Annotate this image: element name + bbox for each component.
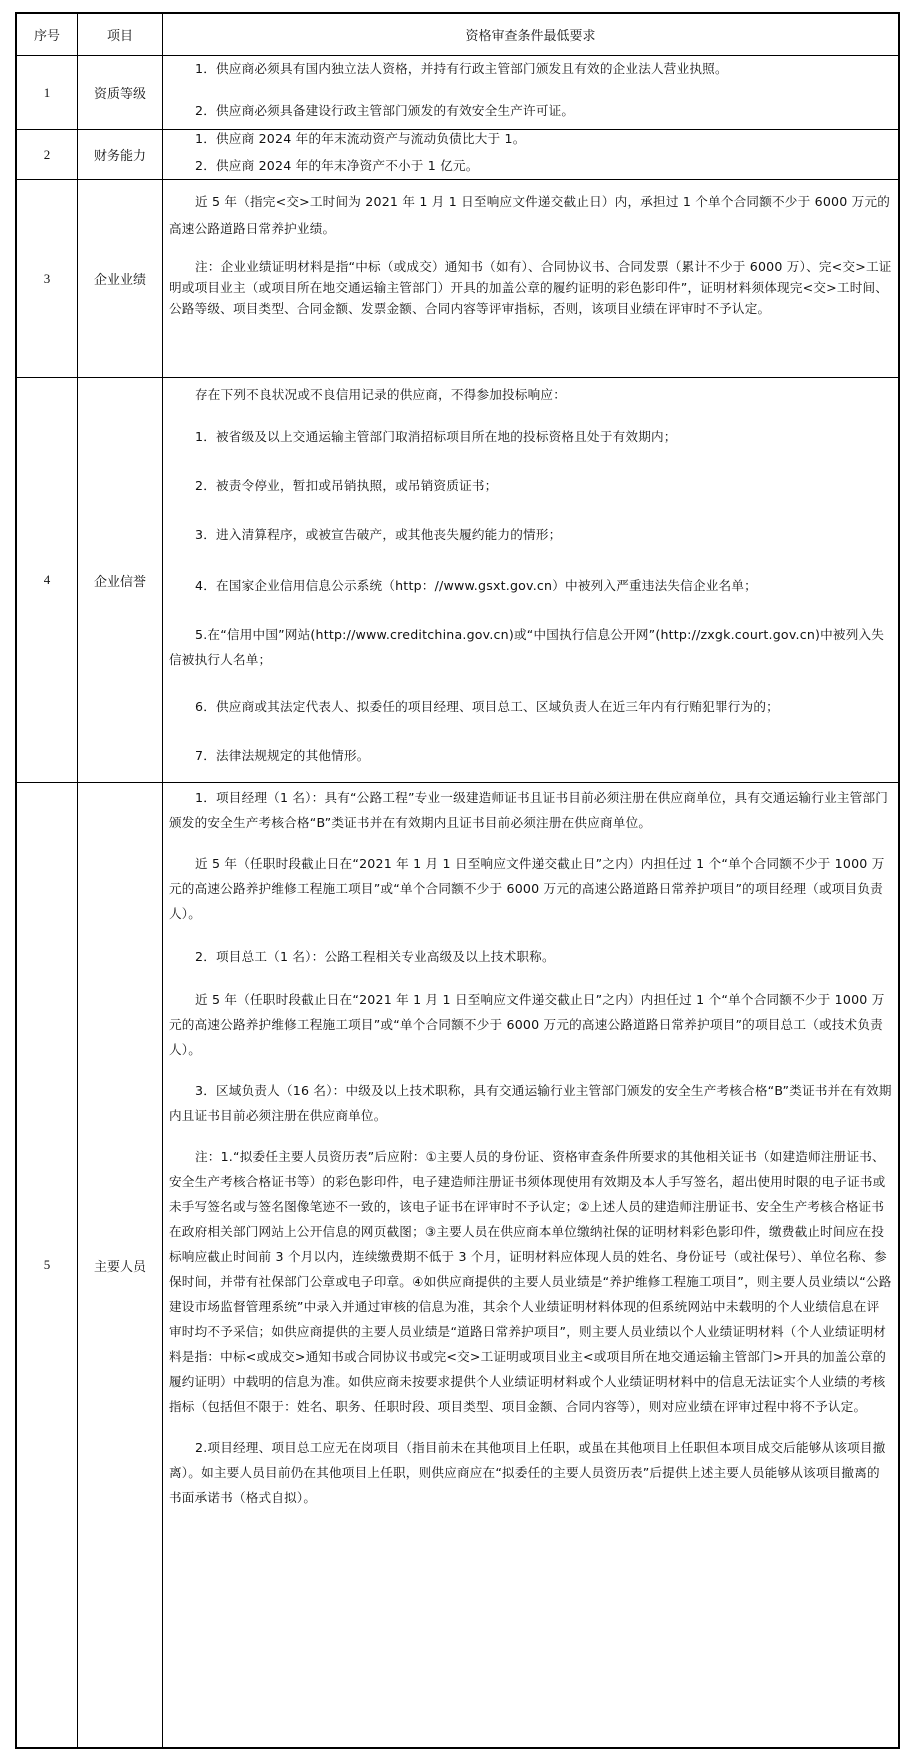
- header-requirement: 资格审查条件最低要求: [163, 14, 898, 55]
- requirement-paragraph: 存在下列不良状况或不良信用记录的供应商，不得参加投标响应：: [169, 384, 892, 405]
- row-item: 资质等级: [78, 56, 163, 129]
- requirement-paragraph: 1．供应商必须具有国内独立法人资格，并持有行政主管部门颁发且有效的企业法人营业执…: [169, 58, 892, 79]
- row-index: 1: [17, 56, 78, 129]
- requirement-paragraph: 1．供应商 2024 年的年末流动资产与流动负债比大于 1。: [169, 128, 892, 149]
- requirement-paragraph: 注：企业业绩证明材料是指“中标（或成交）通知书（如有）、合同协议书、合同发票（累…: [169, 256, 892, 319]
- requirement-paragraph: 3．进入清算程序，或被宣告破产，或其他丧失履约能力的情形；: [169, 524, 892, 545]
- row-index: 2: [17, 130, 78, 179]
- row-index: 4: [17, 378, 78, 782]
- row-requirement: 1．供应商 2024 年的年末流动资产与流动负债比大于 1。 2．供应商 202…: [163, 130, 898, 179]
- row-requirement: 近 5 年（指完<交>工时间为 2021 年 1 月 1 日至响应文件递交截止日…: [163, 180, 898, 377]
- requirement-paragraph: 近 5 年（指完<交>工时间为 2021 年 1 月 1 日至响应文件递交截止日…: [169, 188, 892, 242]
- table-row: 3 企业业绩 近 5 年（指完<交>工时间为 2021 年 1 月 1 日至响应…: [17, 180, 898, 378]
- requirement-paragraph: 3．区域负责人（16 名）：中级及以上技术职称，具有交通运输行业主管部门颁发的安…: [169, 1078, 892, 1128]
- requirement-paragraph: 注：1.“拟委任主要人员资历表”后应附：①主要人员的身份证、资格审查条件所要求的…: [169, 1144, 892, 1419]
- header-item: 项目: [78, 14, 163, 55]
- table-header-row: 序号 项目 资格审查条件最低要求: [17, 14, 898, 56]
- table-row: 5 主要人员 1．项目经理（1 名）：具有“公路工程”专业一级建造师证书且证书目…: [17, 783, 898, 1747]
- table-row: 1 资质等级 1．供应商必须具有国内独立法人资格，并持有行政主管部门颁发且有效的…: [17, 56, 898, 130]
- requirement-paragraph: 7．法律法规规定的其他情形。: [169, 745, 892, 766]
- requirement-paragraph: 2．供应商 2024 年的年末净资产不小于 1 亿元。: [169, 155, 892, 176]
- requirement-paragraph: 2．项目总工（1 名）：公路工程相关专业高级及以上技术职称。: [169, 944, 892, 969]
- requirement-paragraph: 近 5 年（任职时段截止日在“2021 年 1 月 1 日至响应文件递交截止日”…: [169, 987, 892, 1062]
- requirement-paragraph: 1．项目经理（1 名）：具有“公路工程”专业一级建造师证书且证书目前必须注册在供…: [169, 785, 892, 835]
- requirement-paragraph: 2.项目经理、项目总工应无在岗项目（指目前未在其他项目上任职，或虽在其他项目上任…: [169, 1435, 892, 1510]
- row-item: 企业信誉: [78, 378, 163, 782]
- requirement-paragraph: 1．被省级及以上交通运输主管部门取消招标项目所在地的投标资格且处于有效期内；: [169, 426, 892, 447]
- row-requirement: 1．项目经理（1 名）：具有“公路工程”专业一级建造师证书且证书目前必须注册在供…: [163, 783, 898, 1747]
- row-item: 主要人员: [78, 783, 163, 1747]
- row-index: 5: [17, 783, 78, 1747]
- row-index: 3: [17, 180, 78, 377]
- table-row: 2 财务能力 1．供应商 2024 年的年末流动资产与流动负债比大于 1。 2．…: [17, 130, 898, 180]
- requirement-paragraph: 2．被责令停业，暂扣或吊销执照，或吊销资质证书；: [169, 475, 892, 496]
- requirement-paragraph: 近 5 年（任职时段截止日在“2021 年 1 月 1 日至响应文件递交截止日”…: [169, 851, 892, 926]
- row-requirement: 存在下列不良状况或不良信用记录的供应商，不得参加投标响应： 1．被省级及以上交通…: [163, 378, 898, 782]
- qualification-requirements-table: 序号 项目 资格审查条件最低要求 1 资质等级 1．供应商必须具有国内独立法人资…: [15, 12, 900, 1749]
- requirement-paragraph: 5.在“信用中国”网站(http://www.creditchina.gov.c…: [169, 622, 892, 672]
- row-item: 财务能力: [78, 130, 163, 179]
- header-index: 序号: [17, 14, 78, 55]
- row-item: 企业业绩: [78, 180, 163, 377]
- requirement-paragraph: 6．供应商或其法定代表人、拟委任的项目经理、项目总工、区域负责人在近三年内有行贿…: [169, 696, 892, 717]
- requirement-paragraph: 2．供应商必须具备建设行政主管部门颁发的有效安全生产许可证。: [169, 100, 892, 121]
- requirement-paragraph: 4．在国家企业信用信息公示系统（http：//www.gsxt.gov.cn）中…: [169, 575, 892, 596]
- table-row: 4 企业信誉 存在下列不良状况或不良信用记录的供应商，不得参加投标响应： 1．被…: [17, 378, 898, 783]
- row-requirement: 1．供应商必须具有国内独立法人资格，并持有行政主管部门颁发且有效的企业法人营业执…: [163, 56, 898, 129]
